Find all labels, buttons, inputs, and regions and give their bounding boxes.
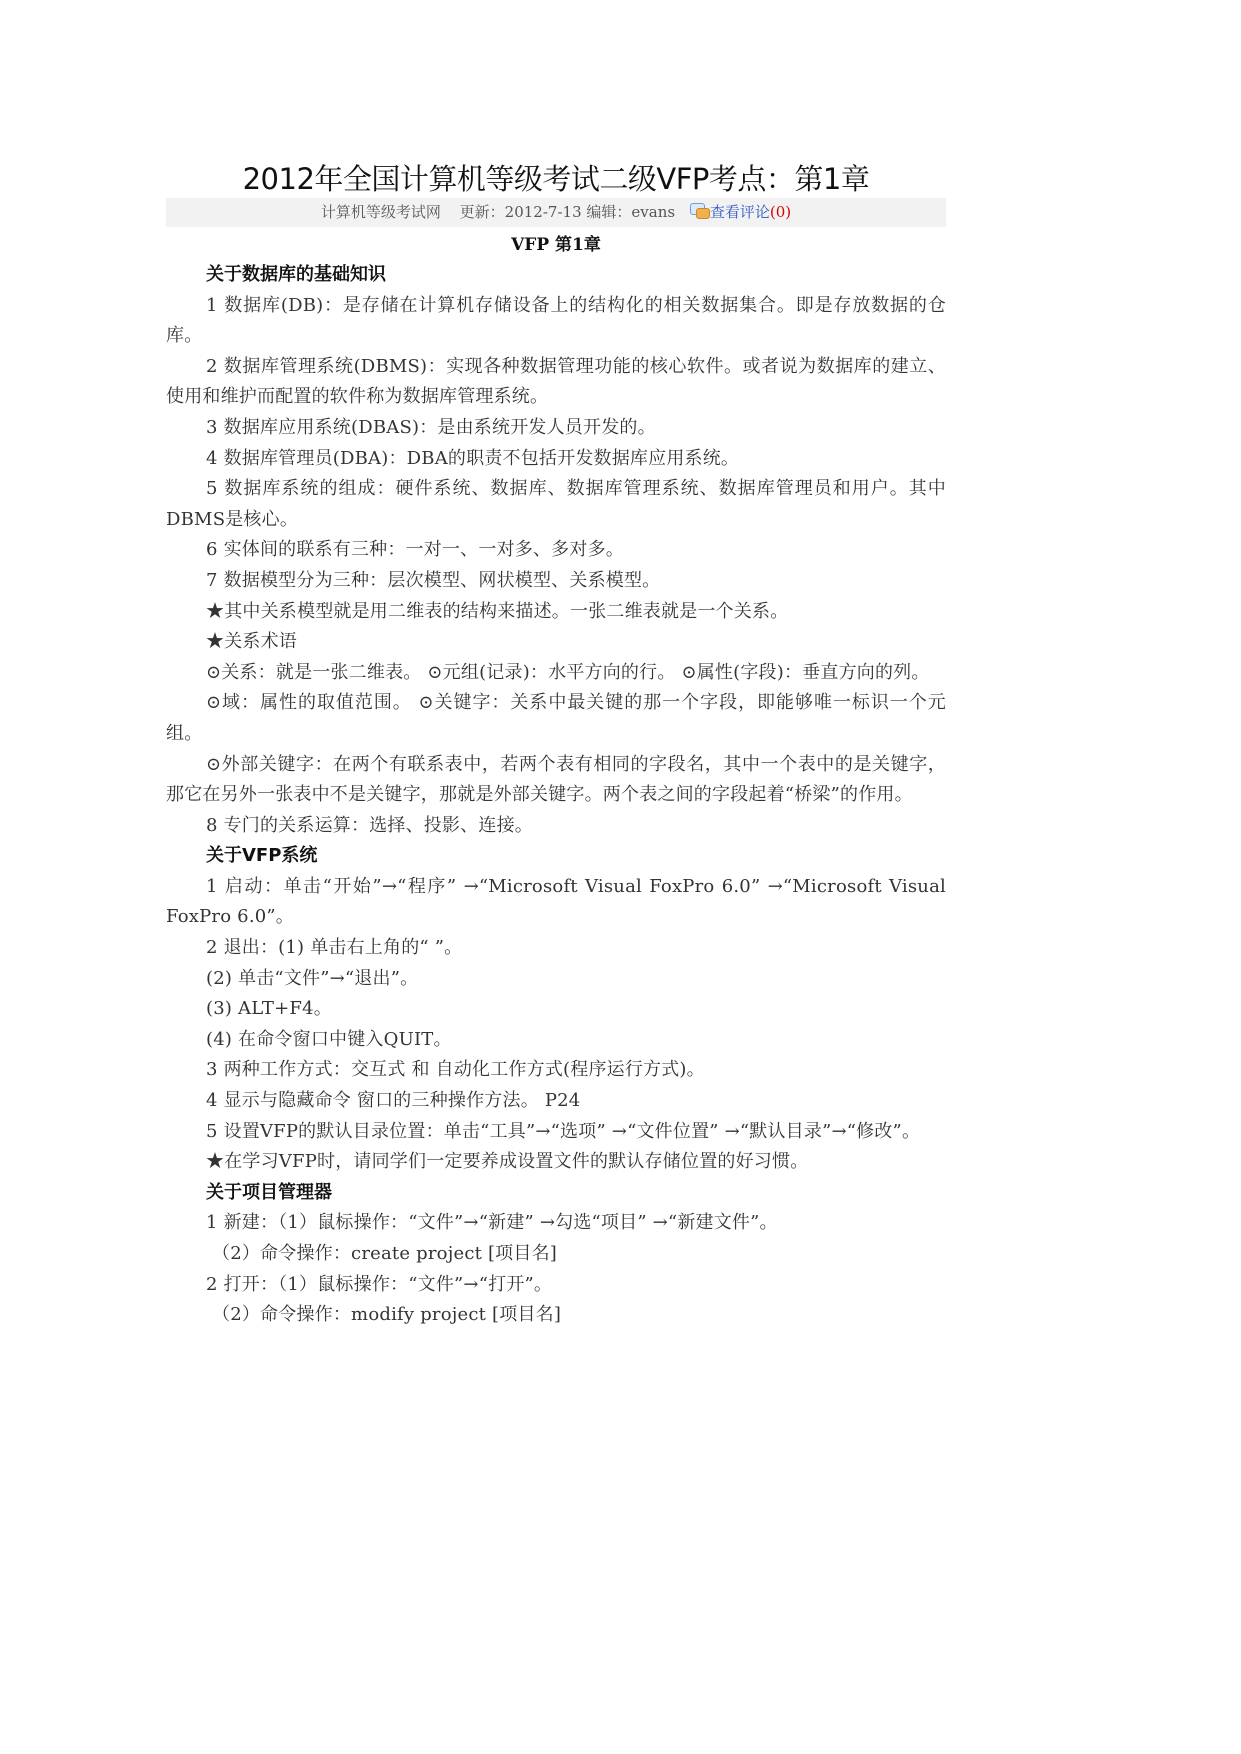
paragraph: 2 打开：（1）鼠标操作：“文件”→“打开”。	[166, 1270, 946, 1301]
editor-label: 编辑：	[586, 203, 631, 221]
paragraph: (4) 在命令窗口中键入QUIT。	[166, 1025, 946, 1056]
paragraph: 2 退出：(1) 单击右上角的“ ”。	[166, 933, 946, 964]
section-heading-db-basics: 关于数据库的基础知识	[166, 260, 946, 291]
paragraph: ⊙域：属性的取值范围。 ⊙关键字：关系中最关键的那一个字段，即能够唯一标识一个元…	[166, 688, 946, 749]
paragraph: 5 设置VFP的默认目录位置：单击“工具”→“选项” →“文件位置” →“默认目…	[166, 1117, 946, 1148]
comment-count[interactable]: (0)	[770, 203, 791, 221]
paragraph: (2) 单击“文件”→“退出”。	[166, 964, 946, 995]
view-comments-link[interactable]: 查看评论	[710, 203, 770, 221]
paragraph: ⊙关系：就是一张二维表。 ⊙元组(记录)：水平方向的行。 ⊙属性(字段)：垂直方…	[166, 658, 946, 689]
paragraph: 1 启动：单击“开始”→“程序” →“Microsoft Visual FoxP…	[166, 872, 946, 933]
paragraph: 6 实体间的联系有三种：一对一、一对多、多对多。	[166, 535, 946, 566]
paragraph: ★其中关系模型就是用二维表的结构来描述。一张二维表就是一个关系。	[166, 597, 946, 628]
article: 2012年全国计算机等级考试二级VFP考点：第1章 计算机等级考试网 更新：20…	[166, 160, 946, 1331]
editor-name: evans	[631, 203, 675, 221]
comment-bubbles-icon[interactable]	[690, 203, 710, 219]
paragraph: 2 数据库管理系统(DBMS)：实现各种数据管理功能的核心软件。或者说为数据库的…	[166, 352, 946, 413]
paragraph: （2）命令操作：modify project [项目名]	[166, 1300, 946, 1331]
paragraph: 1 新建：（1）鼠标操作：“文件”→“新建” →勾选“项目” →“新建文件”。	[166, 1208, 946, 1239]
paragraph: 5 数据库系统的组成：硬件系统、数据库、数据库管理系统、数据库管理员和用户。其中…	[166, 474, 946, 535]
section-heading-project-manager: 关于项目管理器	[166, 1178, 946, 1209]
chapter-subtitle: VFP 第1章	[166, 230, 946, 260]
paragraph: 4 显示与隐藏命令 窗口的三种操作方法。 P24	[166, 1086, 946, 1117]
updated-label: 更新：	[460, 203, 505, 221]
paragraph: 3 两种工作方式：交互式 和 自动化工作方式(程序运行方式)。	[166, 1055, 946, 1086]
paragraph: 3 数据库应用系统(DBAS)：是由系统开发人员开发的。	[166, 413, 946, 444]
paragraph: 1 数据库(DB)：是存储在计算机存储设备上的结构化的相关数据集合。即是存放数据…	[166, 291, 946, 352]
paragraph: （2）命令操作：create project [项目名]	[166, 1239, 946, 1270]
paragraph: ★在学习VFP时，请同学们一定要养成设置文件的默认存储位置的好习惯。	[166, 1147, 946, 1178]
paragraph: 4 数据库管理员(DBA)：DBA的职责不包括开发数据库应用系统。	[166, 444, 946, 475]
paragraph: 8 专门的关系运算：选择、投影、连接。	[166, 811, 946, 842]
paragraph: (3) ALT+F4。	[166, 994, 946, 1025]
article-meta-bar: 计算机等级考试网 更新：2012-7-13 编辑：evans 查看评论(0)	[166, 198, 946, 227]
updated-date: 2012-7-13	[505, 203, 582, 221]
paragraph: ⊙外部关键字：在两个有联系表中，若两个表有相同的字段名，其中一个表中的是关键字，…	[166, 750, 946, 811]
paragraph: 7 数据模型分为三种：层次模型、网状模型、关系模型。	[166, 566, 946, 597]
article-title: 2012年全国计算机等级考试二级VFP考点：第1章	[166, 160, 946, 198]
paragraph: ★关系术语	[166, 627, 946, 658]
source-site: 计算机等级考试网	[321, 203, 441, 221]
section-heading-vfp-system: 关于VFP系统	[166, 841, 946, 872]
